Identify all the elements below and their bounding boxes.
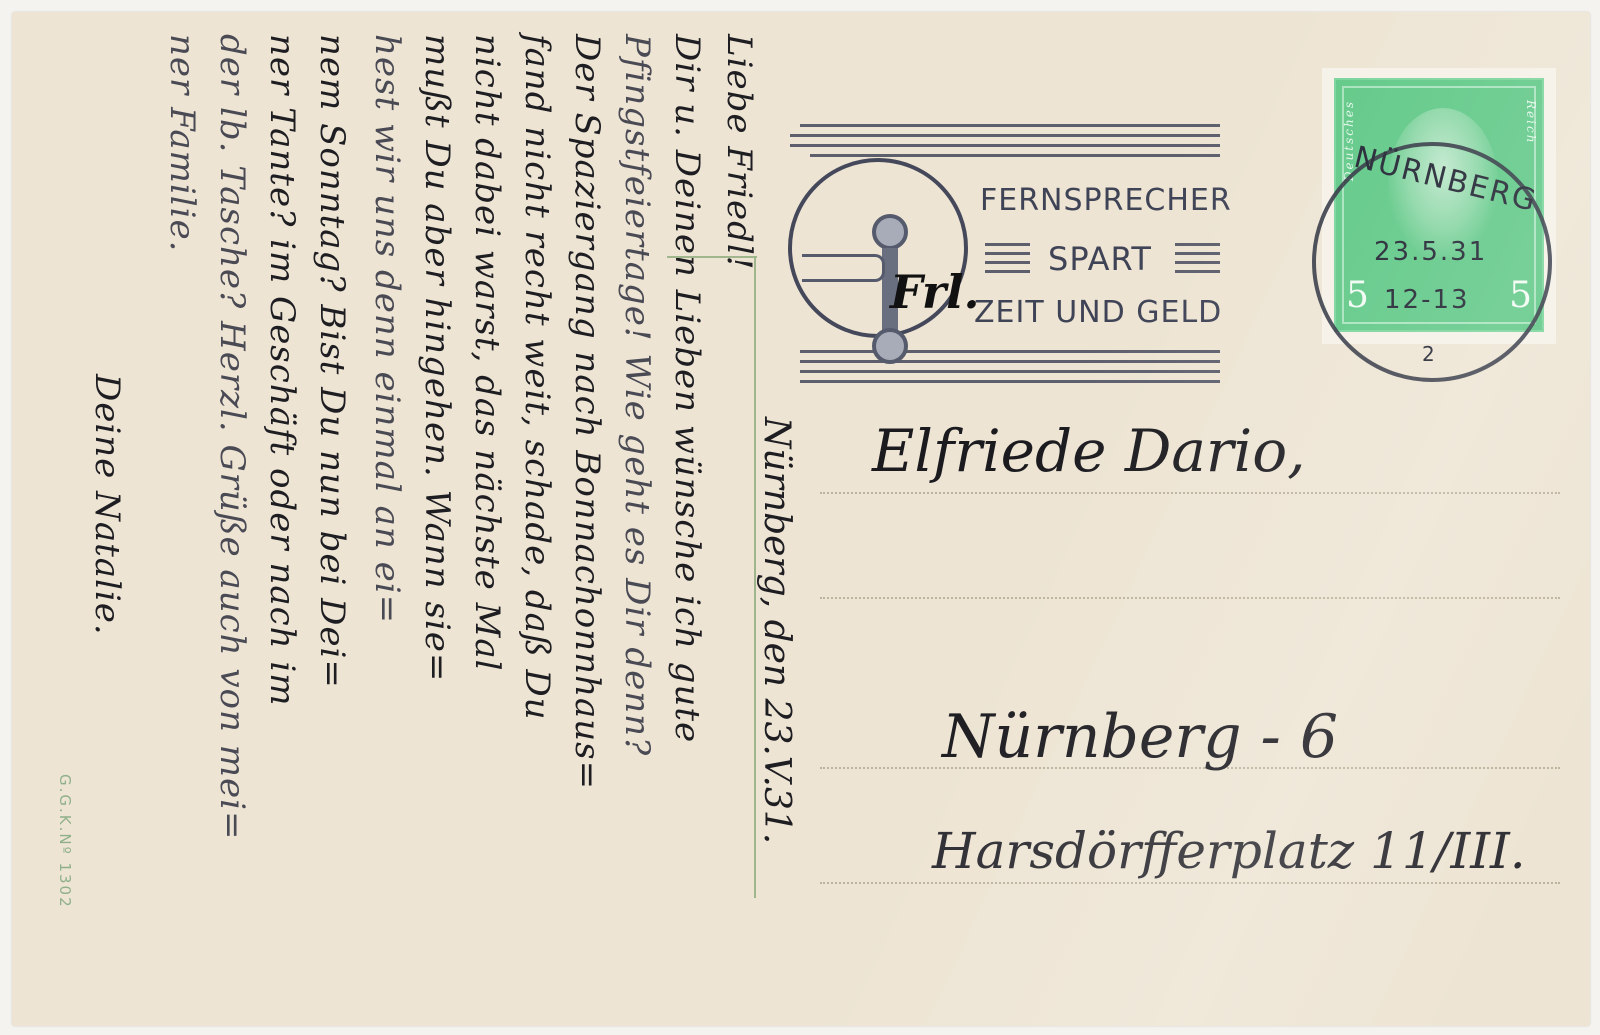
slogan-cancellation: FERNSPRECHER SPART ZEIT UND GELD Frl.: [770, 120, 1230, 385]
handwritten-annotation: Frl.: [890, 265, 980, 319]
message-line: ner Tante? im Geschäft oder nach im: [262, 34, 302, 706]
cancellation-text: ZEIT UND GELD: [974, 295, 1222, 330]
cancellation-text: FERNSPRECHER: [980, 183, 1232, 218]
message-line: Pfingstfeiertage! Wie geht es Dir denn?: [617, 34, 657, 756]
handwritten-message: Liebe Friedl! Dir u. Deinen Lieben wünsc…: [47, 34, 767, 1009]
address-rule: [820, 597, 1560, 599]
address-rule: [820, 492, 1560, 494]
postmark-date: 23.5.31: [1374, 237, 1487, 267]
recipient-street: Harsdörfferplatz 11/III.: [932, 822, 1526, 880]
address-rule: [820, 882, 1560, 884]
message-line: fand nicht recht weit, schade, daß Du: [517, 34, 557, 721]
message-line: der lb. Tasche? Herzl. Grüße auch von me…: [212, 34, 252, 840]
message-signature: Deine Natalie.: [87, 374, 127, 636]
recipient-name: Elfriede Dario,: [872, 417, 1306, 485]
postcard: Liebe Friedl! Dir u. Deinen Lieben wünsc…: [12, 12, 1590, 1026]
message-line: Liebe Friedl!: [719, 34, 759, 270]
date-line: Nürnberg, den 23.V.31.: [756, 417, 797, 844]
message-line: nicht dabei warst, das nächste Mal: [467, 34, 507, 672]
divider: [667, 256, 757, 258]
postmark-code: 2: [1422, 342, 1435, 366]
recipient-city: Nürnberg - 6: [942, 702, 1338, 772]
message-line: Dir u. Deinen Lieben wünsche ich gute: [667, 34, 707, 743]
message-line: hest wir uns denn einmal an ei=: [367, 34, 407, 624]
message-line: Der Spaziergang nach Bonnachonnhaus=: [567, 34, 607, 790]
message-line: mußt Du aber hingehen. Wann sie=: [417, 34, 457, 682]
message-line: nem Sonntag? Bist Du nun bei Dei=: [312, 34, 352, 689]
cancellation-text: SPART: [1048, 240, 1152, 278]
message-line: ner Familie.: [162, 34, 202, 252]
publisher-mark: G.G.K.Nº 1302: [56, 774, 74, 909]
postmark-time: 12-13: [1384, 285, 1470, 315]
